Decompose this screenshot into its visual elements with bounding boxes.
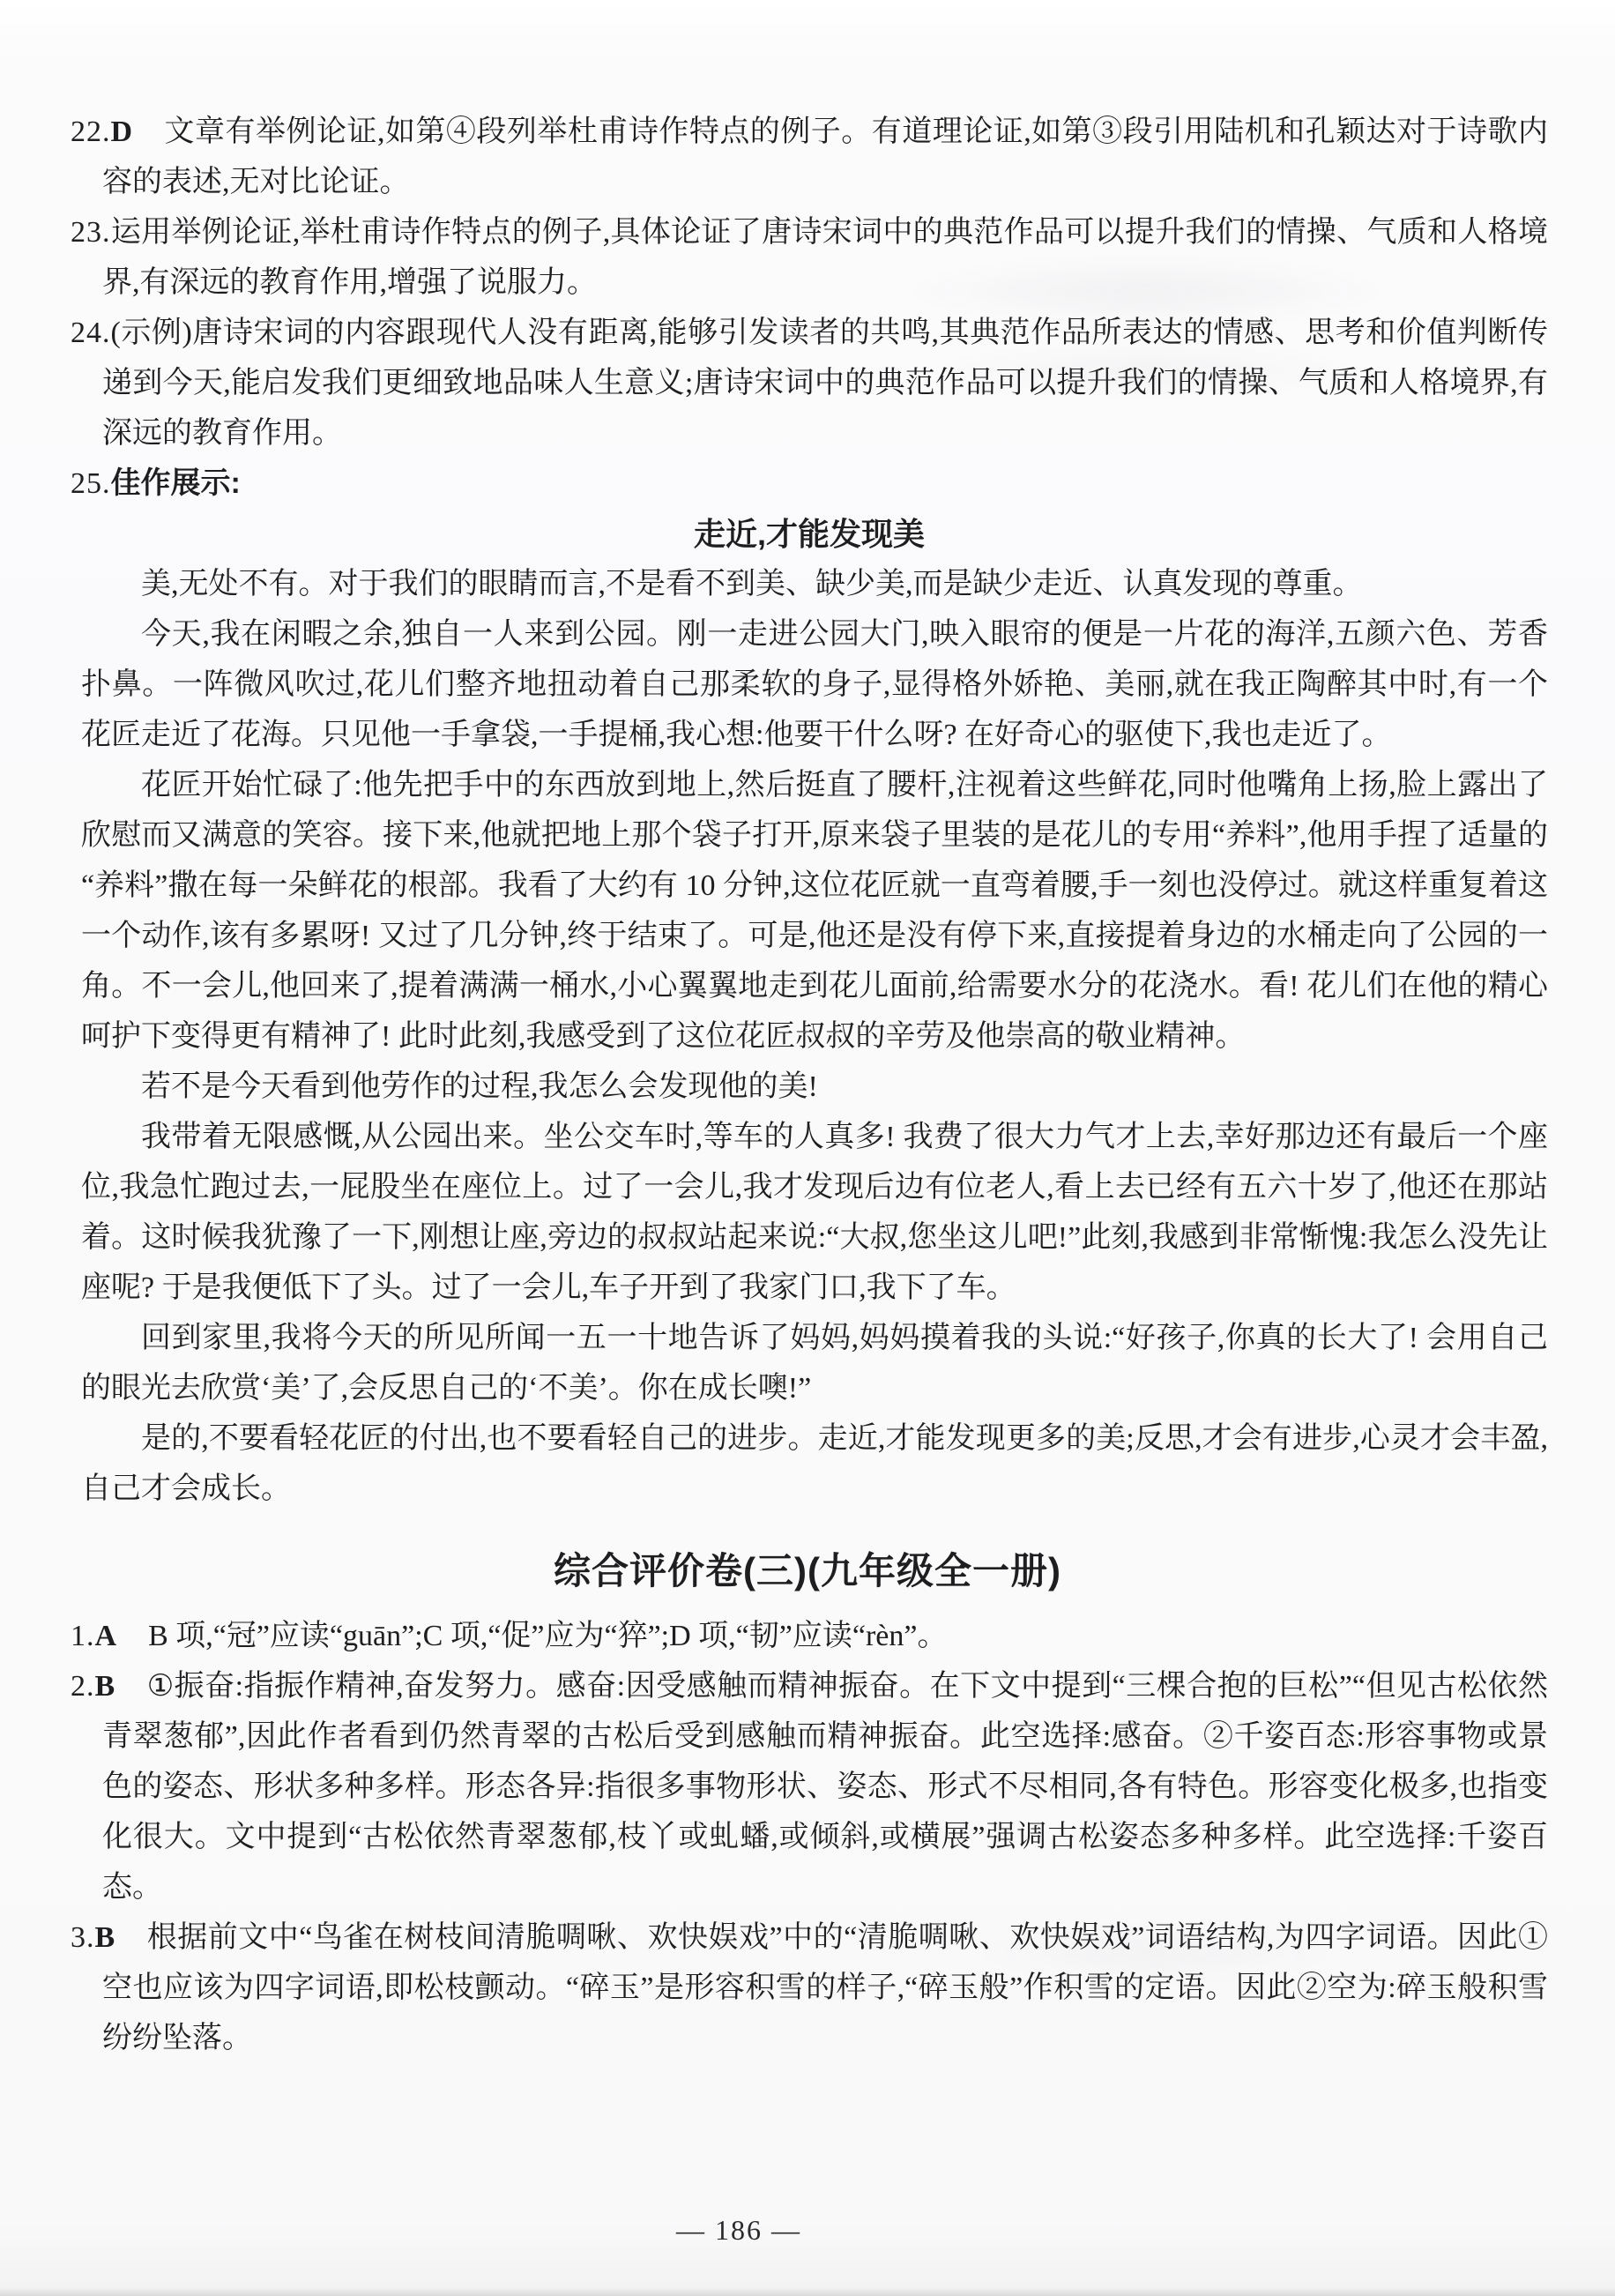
answer-letter: B — [95, 1670, 115, 1703]
answer-number: 3. — [71, 1921, 95, 1954]
essay-paragraph: 我带着无限感慨,从公园出来。坐公交车时,等车的人真多! 我费了很大力气才上去,幸… — [81, 1112, 1548, 1313]
answer-item-22: 22.D文章有举例论证,如第④段列举杜甫诗作特点的例子。有道理论证,如第③段引用… — [71, 107, 1548, 207]
answer-text: 佳作展示: — [111, 466, 241, 500]
answer-number: 25. — [71, 467, 111, 500]
answer-text: B 项,“冠”应读“guān”;C 项,“促”应为“猝”;D 项,“韧”应读“r… — [148, 1620, 947, 1652]
answer-item-25: 25.佳作展示: — [71, 458, 1548, 509]
answer-item-1: 1.AB 项,“冠”应读“guān”;C 项,“促”应为“猝”;D 项,“韧”应… — [71, 1611, 1548, 1661]
answer-text: ①振奋:指振作精神,奋发努力。感奋:因受感触而精神振奋。在下文中提到“三棵合抱的… — [102, 1670, 1548, 1904]
answer-text: (示例)唐诗宋词的内容跟现代人没有距离,能够引发读者的共鸣,其典范作品所表达的情… — [102, 317, 1548, 450]
answer-text: 运用举例论证,举杜甫诗作特点的例子,具体论证了唐诗宋词中的典范作品可以提升我们的… — [102, 216, 1548, 299]
essay-paragraph: 今天,我在闲暇之余,独自一人来到公园。刚一走进公园大门,映入眼帘的便是一片花的海… — [81, 609, 1548, 760]
answer-item-3: 3.B根据前文中“鸟雀在树枝间清脆啁啾、欢快娱戏”中的“清脆啁啾、欢快娱戏”词语… — [71, 1912, 1548, 2063]
essay-paragraph: 回到家里,我将今天的所见所闻一五一十地告诉了妈妈,妈妈摸着我的头说:“好孩子,你… — [81, 1313, 1548, 1413]
page-number: — 186 — — [0, 2214, 1546, 2247]
answer-letter: D — [111, 116, 133, 148]
answer-letter: B — [95, 1921, 115, 1954]
answer-letter: A — [95, 1620, 117, 1652]
section-heading: 综合评价卷(三)(九年级全一册) — [67, 1544, 1548, 1599]
page-content: 22.D文章有举例论证,如第④段列举杜甫诗作特点的例子。有道理论证,如第③段引用… — [0, 0, 1615, 2063]
answer-number: 22. — [71, 116, 111, 148]
answer-text: 根据前文中“鸟雀在树枝间清脆啁啾、欢快娱戏”中的“清脆啁啾、欢快娱戏”词语结构,… — [102, 1921, 1548, 2054]
answer-item-2: 2.B①振奋:指振作精神,奋发努力。感奋:因受感触而精神振奋。在下文中提到“三棵… — [71, 1661, 1548, 1912]
essay-paragraph: 是的,不要看轻花匠的付出,也不要看轻自己的进步。走近,才能发现更多的美;反思,才… — [81, 1413, 1548, 1514]
answer-item-24: 24.(示例)唐诗宋词的内容跟现代人没有距离,能够引发读者的共鸣,其典范作品所表… — [71, 308, 1548, 458]
answer-number: 23. — [71, 216, 111, 249]
answer-number: 24. — [71, 317, 111, 349]
essay-paragraph: 花匠开始忙碌了:他先把手中的东西放到地上,然后挺直了腰杆,注视着这些鲜花,同时他… — [81, 760, 1548, 1062]
essay-title: 走近,才能发现美 — [71, 509, 1548, 559]
answer-item-23: 23.运用举例论证,举杜甫诗作特点的例子,具体论证了唐诗宋词中的典范作品可以提升… — [71, 207, 1548, 308]
model-essay: 走近,才能发现美 美,无处不有。对于我们的眼睛而言,不是看不到美、缺少美,而是缺… — [81, 509, 1548, 1514]
essay-paragraph: 若不是今天看到他劳作的过程,我怎么会发现他的美! — [81, 1062, 1548, 1112]
scanned-answer-page: 22.D文章有举例论证,如第④段列举杜甫诗作特点的例子。有道理论证,如第③段引用… — [0, 0, 1615, 2296]
answer-text: 文章有举例论证,如第④段列举杜甫诗作特点的例子。有道理论证,如第③段引用陆机和孔… — [102, 116, 1548, 198]
scan-edge-shadow — [0, 2287, 1615, 2296]
answer-number: 2. — [71, 1670, 95, 1703]
essay-paragraph: 美,无处不有。对于我们的眼睛而言,不是看不到美、缺少美,而是缺少走近、认真发现的… — [81, 559, 1548, 609]
answer-number: 1. — [71, 1620, 95, 1652]
